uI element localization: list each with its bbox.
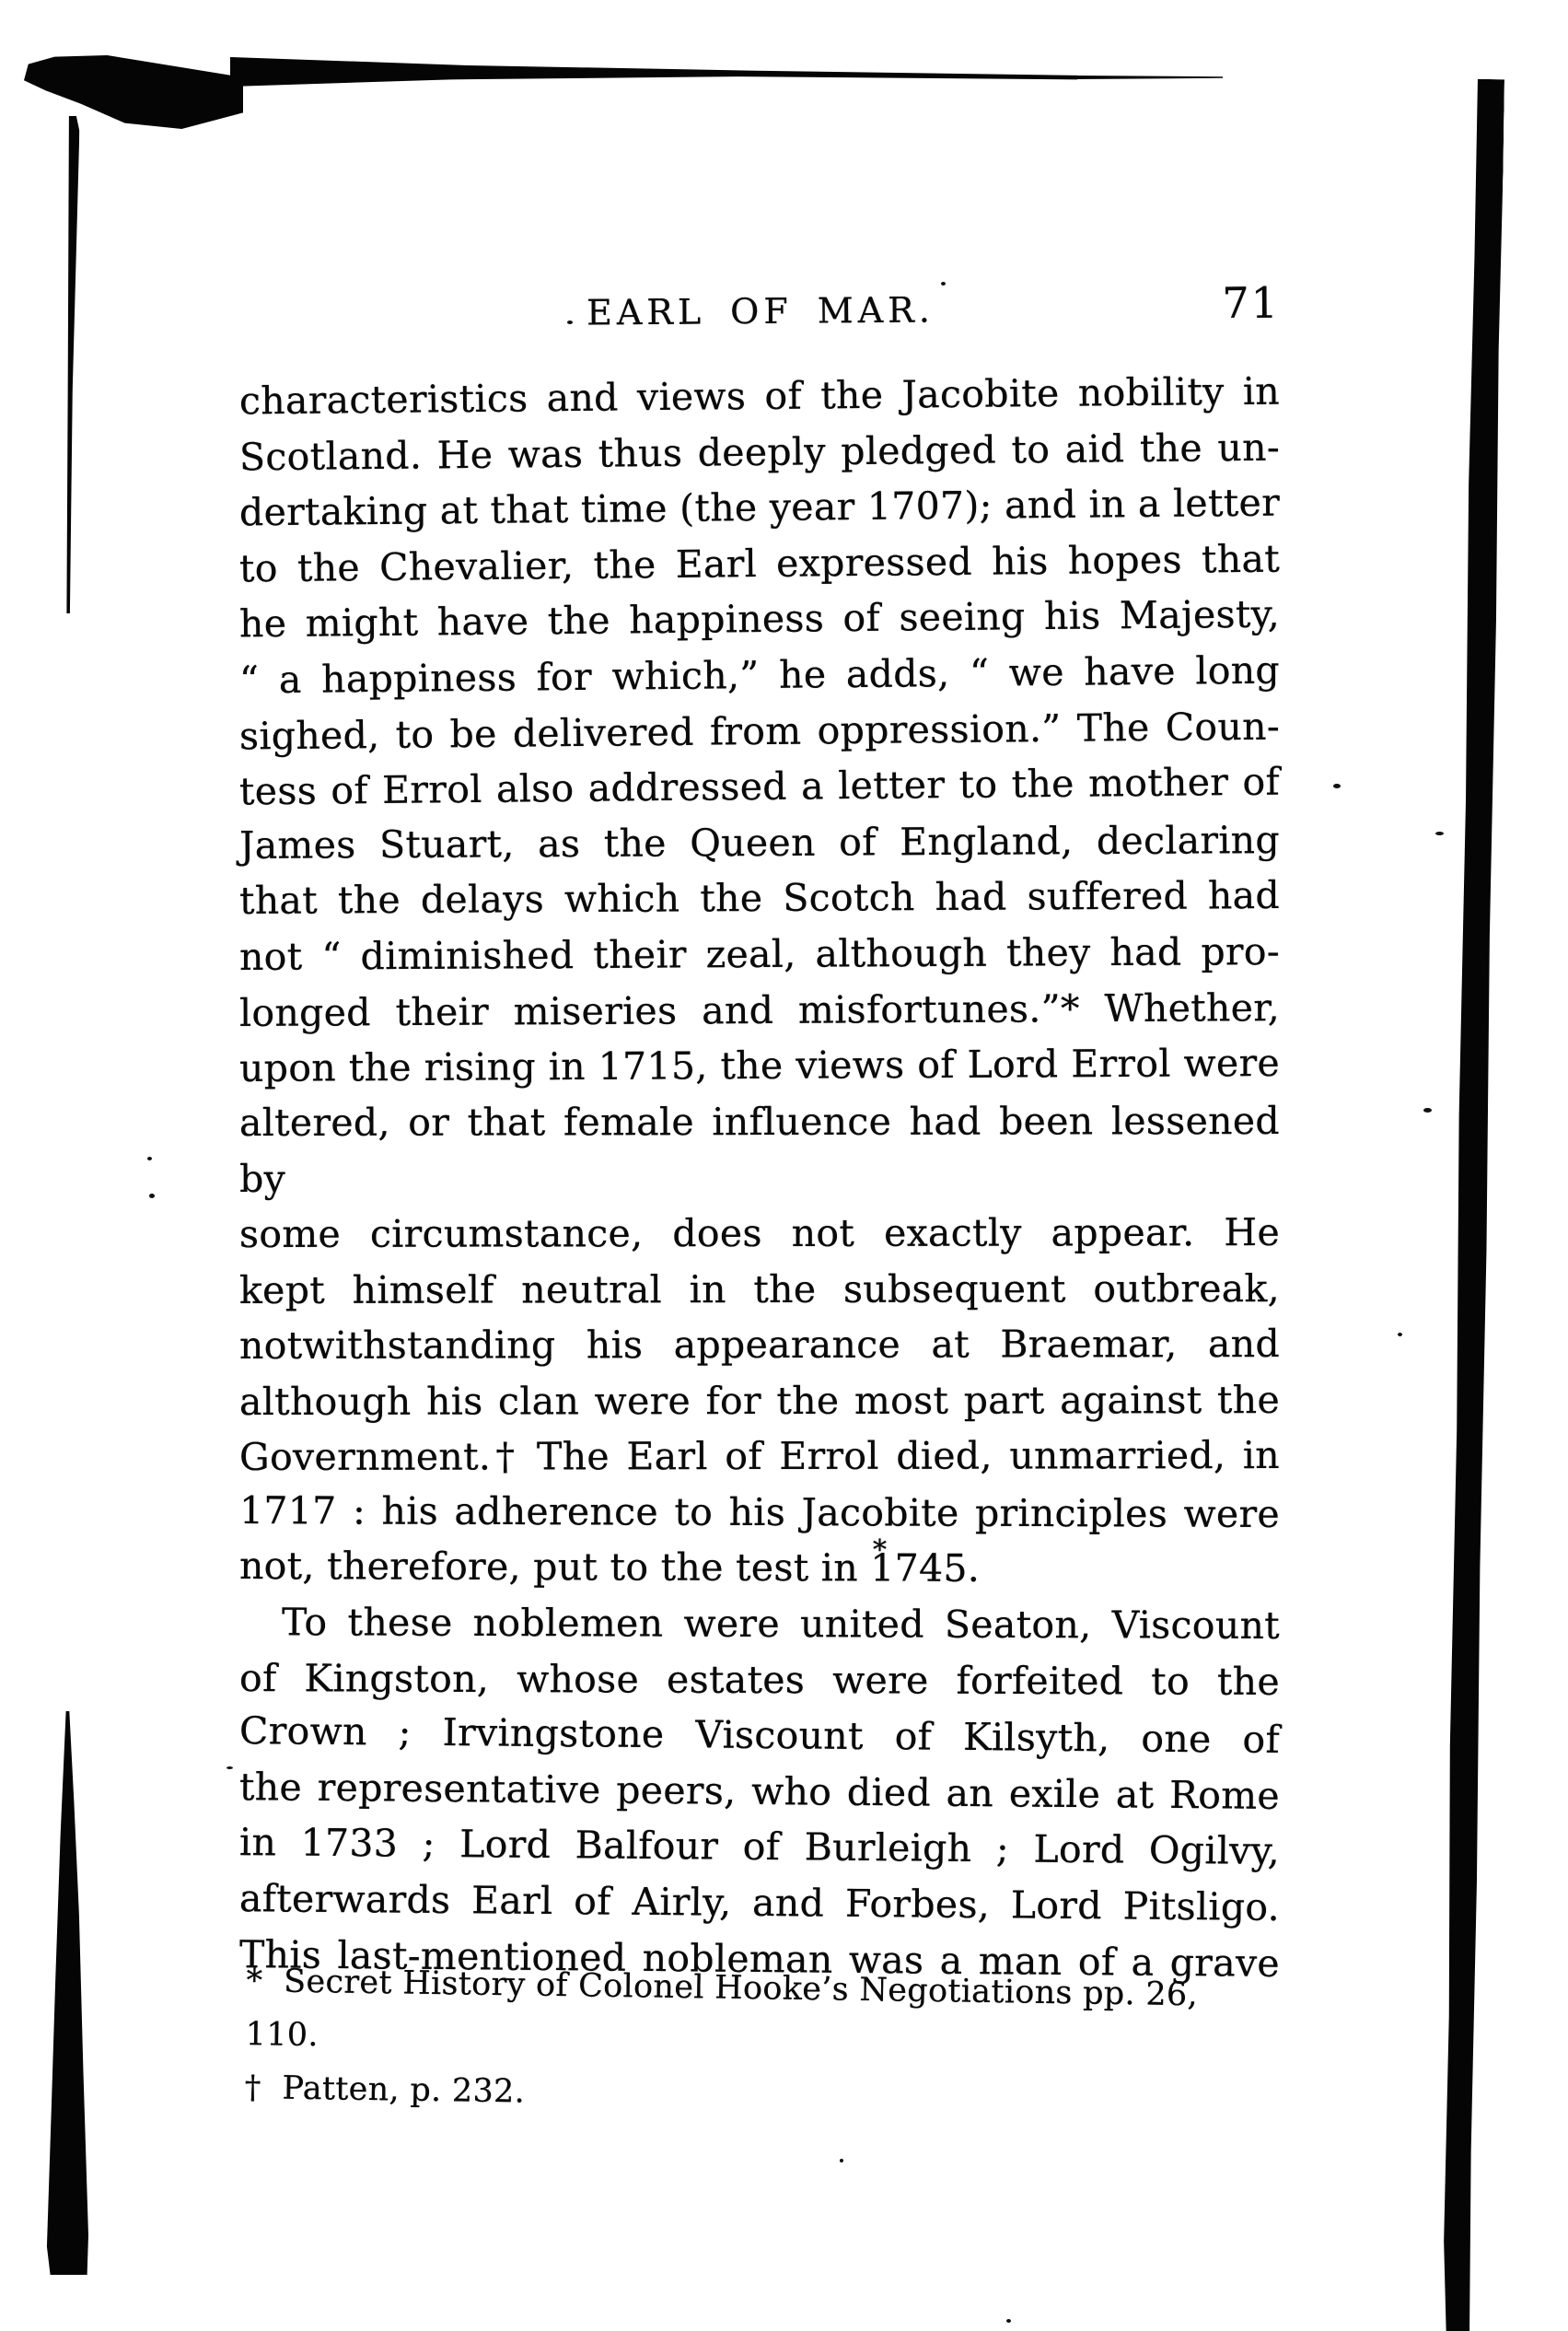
text-line: to the Chevalier, the Earl expressed his… xyxy=(239,530,1281,596)
text-line: he might have the happiness of seeing hi… xyxy=(239,587,1281,652)
text-line: dertaking at that time (the year 1707); … xyxy=(239,475,1281,541)
running-title: EARL OF MAR. xyxy=(241,287,1280,336)
text-line: sighed, to be delivered from oppression.… xyxy=(239,698,1281,763)
text-line: “ a happiness for which,” he adds, “ we … xyxy=(239,643,1281,708)
footnotes: * Secret History of Colonel Hooke’s Nego… xyxy=(244,1954,1240,2129)
text-line: Scotland. He was thus deeply pledged to … xyxy=(239,419,1281,484)
text-line: not “ diminished their zeal, although th… xyxy=(239,924,1280,985)
text-layer: EARL OF MAR. 71 characteristics and view… xyxy=(0,0,1568,2331)
page-body-text: characteristics and views of the Jacobit… xyxy=(239,368,1280,1987)
text-line: kept himself neutral in the subsequent o… xyxy=(239,1261,1280,1319)
footnote-line: * Secret History of Colonel Hooke’s Nego… xyxy=(245,1954,1241,2076)
text-line: Government.† The Earl of Errol died, unm… xyxy=(239,1428,1280,1486)
text-line: of Kingston, whose estates were forfeite… xyxy=(239,1650,1280,1710)
scanned-book-page: EARL OF MAR. 71 characteristics and view… xyxy=(0,0,1568,2331)
text-line: notwithstanding his appearance at Braema… xyxy=(239,1316,1280,1374)
text-line: To these noblemen were united Seaton, Vi… xyxy=(239,1594,1280,1654)
text-line: afterwards Earl of Airly, and Forbes, Lo… xyxy=(239,1871,1280,1935)
text-line: in 1733 ; Lord Balfour of Burleigh ; Lor… xyxy=(239,1815,1280,1880)
text-line: 1717 : his adherence to his Jacobite pri… xyxy=(239,1483,1280,1543)
page-number: 71 xyxy=(1162,278,1280,329)
text-line: not, therefore, put to the test in 1745. xyxy=(239,1538,1280,1598)
page-header: EARL OF MAR. 71 xyxy=(241,287,1280,342)
text-line: James Stuart, as the Queen of England, d… xyxy=(239,812,1280,874)
text-line: Crown ; Irvingstone Viscount of Kilsyth,… xyxy=(239,1703,1280,1767)
text-line: characteristics and views of the Jacobit… xyxy=(239,364,1281,429)
text-line: some circumstance, does not exactly appe… xyxy=(239,1205,1280,1263)
text-line: longed their miseries and misfortunes.”*… xyxy=(239,980,1280,1042)
text-line: although his clan were for the most part… xyxy=(239,1372,1280,1430)
stray-asterisk-mark: * xyxy=(873,1534,887,1567)
text-line: altered, or that female influence had be… xyxy=(239,1093,1280,1206)
text-line: that the delays which the Scotch had suf… xyxy=(239,868,1280,929)
text-line: the representative peers, who died an ex… xyxy=(239,1759,1280,1824)
text-line: tess of Errol also addressed a letter to… xyxy=(239,754,1281,820)
text-line: upon the rising in 1715, the views of Lo… xyxy=(239,1035,1280,1097)
